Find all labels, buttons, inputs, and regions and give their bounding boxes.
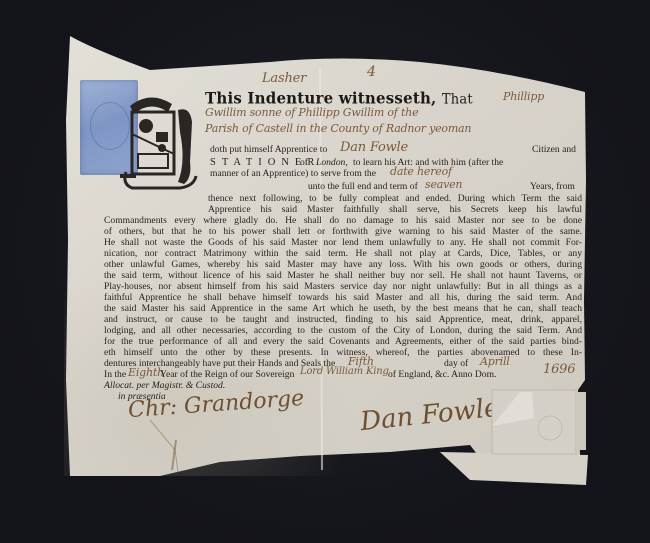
print-line: of (300, 157, 308, 168)
month-fill: Aprill (480, 355, 510, 368)
apprentice-line-3: Parish of Castell in the County of Radno… (205, 122, 471, 135)
print-line: Apprentice his said Master faithfully sh… (208, 204, 582, 215)
allocat-line: Allocat. per Magistr. & Custod. (104, 380, 225, 391)
print-line: faithful Apprentice he shall behave hims… (104, 292, 582, 303)
print-line: of others, but that he to his power shal… (104, 226, 582, 237)
print-line: other unlawful Games, whereby his said M… (104, 259, 582, 270)
term-years-fill: seaven (425, 178, 462, 191)
folded-seal-tag (490, 388, 590, 458)
print-line: nication, nor contract Matrimony within … (104, 248, 582, 259)
print-line: thence next following, to be fully compl… (208, 193, 582, 204)
print-line: Year of the Reign of our Sovereign (160, 369, 294, 380)
apprentice-line-2: Gwillim sonne of Phillipp Gwillim of the (205, 106, 418, 119)
apprentice-firstname: Phillipp (503, 90, 544, 103)
print-line: for the true performance of all and ever… (104, 336, 582, 347)
annotation-number: 4 (367, 64, 376, 80)
regnal-year-fill: Eighth (128, 366, 164, 379)
print-line: In the (104, 369, 126, 380)
annotation-lasher: Lasher (262, 71, 306, 86)
indenture-document: Lasher 4 This Indenture witnesseth, That… (0, 0, 650, 543)
print-line: day of (444, 358, 468, 369)
print-line: He shall not waste the Goods of his said… (104, 237, 582, 248)
print-line: manner of an Apprentice) to serve from t… (210, 168, 376, 179)
stationers-arms-woodcut-icon (120, 92, 202, 192)
year-fill: 1696 (543, 362, 575, 377)
print-line: the said Master his said Apprentice in t… (104, 303, 582, 314)
print-line: of England, &c. Anno Dom. (388, 369, 496, 380)
print-line: eth himself unto the other by these pres… (104, 347, 582, 358)
print-line: the said term, without licence of his sa… (104, 270, 582, 281)
print-line: and instruct, or cause to be taught and … (104, 314, 582, 325)
sovereign-fill: Lord William King (300, 366, 389, 377)
print-line-london: London, (316, 157, 348, 168)
print-line: Commandments every where gladly do. He s… (104, 215, 582, 226)
start-date-fill: date hereof (390, 165, 452, 178)
print-line: Years, from (530, 181, 575, 192)
print-line: doth put himself Apprentice to (210, 144, 327, 155)
print-line: Play-houses, nor absent himself from his… (104, 281, 582, 292)
master-name-fill: Dan Fowle (340, 140, 408, 155)
print-line: unto the full end and term of (308, 181, 418, 192)
master-signature: Dan Fowle (359, 393, 501, 437)
print-line: Citizen and (532, 144, 576, 155)
print-line: lodging, and all other necessaries, acco… (104, 325, 582, 336)
document-heading: This Indenture witnesseth, That (205, 89, 473, 108)
